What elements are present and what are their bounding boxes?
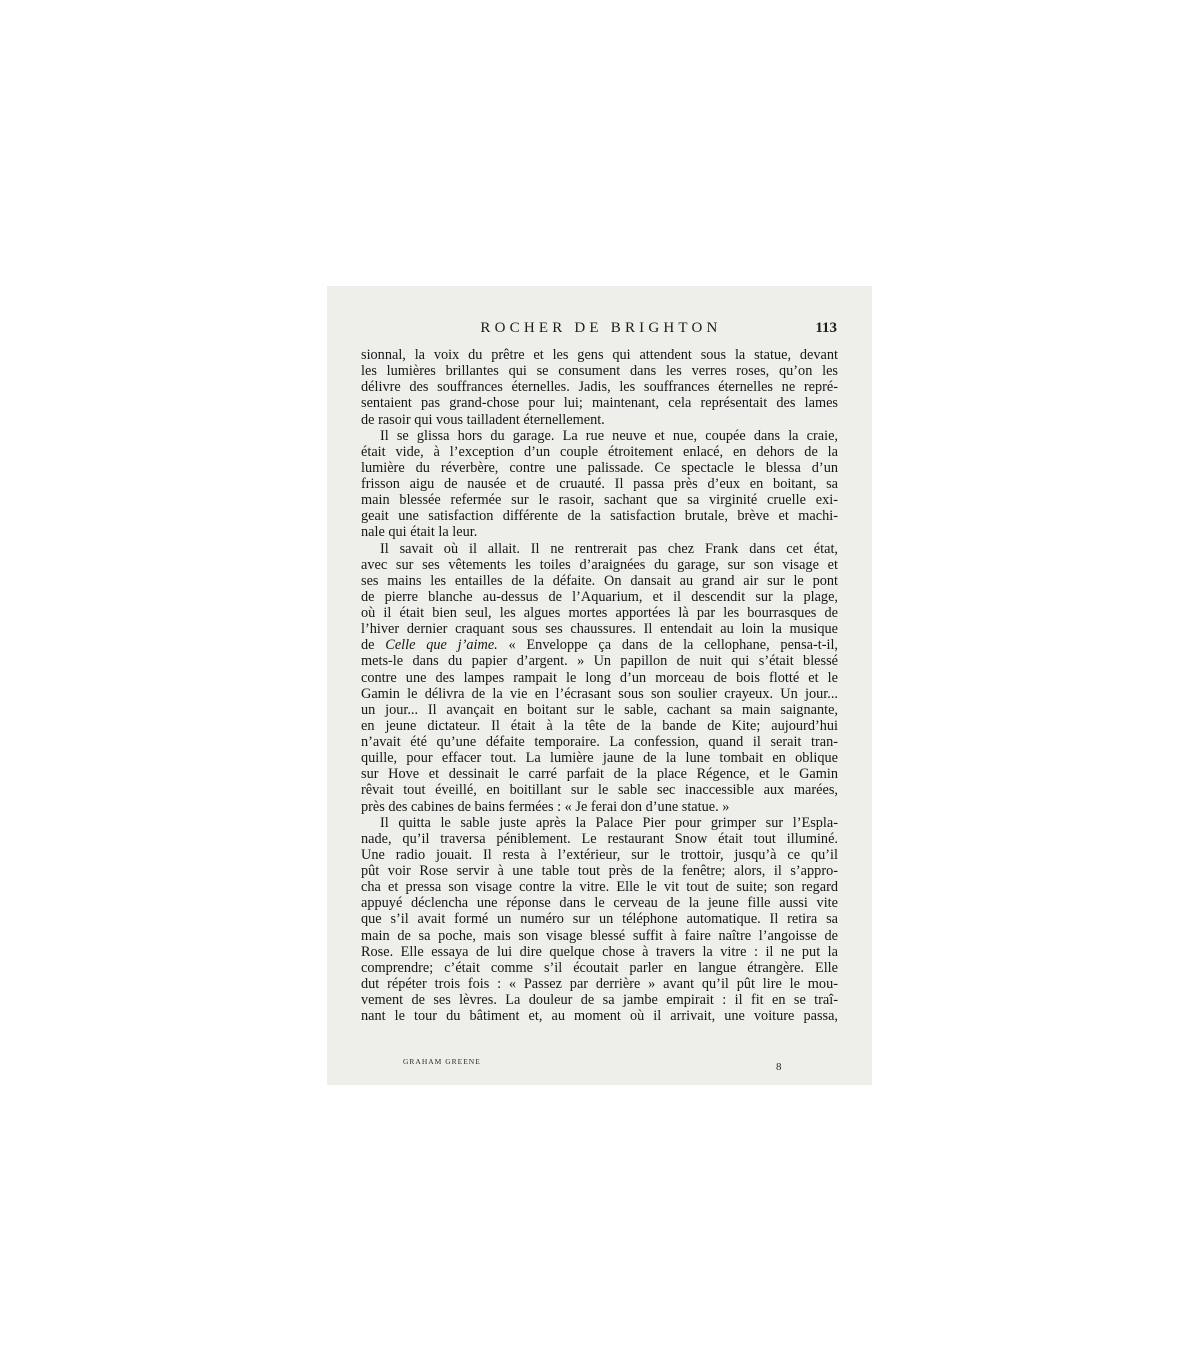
text-line: l’hiver dernier craquant sous ses chauss…: [361, 621, 838, 637]
text-line: de Celle que j’aime. « Enveloppe ça dans…: [361, 637, 838, 653]
text-line: un jour... Il avançait en boitant sur le…: [361, 702, 838, 718]
page-number: 113: [815, 320, 837, 337]
book-page: ROCHER DE BRIGHTON 113 sionnal, la voix …: [327, 286, 872, 1085]
paragraph: sionnal, la voix du prêtre et les gens q…: [361, 347, 838, 428]
text-line: de pierre blanche au-dessus de l’Aquariu…: [361, 589, 838, 605]
text-line: dut répéter trois fois : « Passez par de…: [361, 976, 838, 992]
text-line: comprendre; c’était comme s’il écoutait …: [361, 960, 838, 976]
paragraph: Il savait où il allait. Il ne rentrerait…: [361, 541, 838, 815]
text-line: où il était bien seul, les algues mortes…: [361, 605, 838, 621]
signature-mark: 8: [776, 1061, 782, 1073]
text-line: de rasoir qui vous tailladent éternellem…: [361, 412, 838, 428]
text-line: nale qui était la leur.: [361, 524, 838, 540]
text-line: sionnal, la voix du prêtre et les gens q…: [361, 347, 838, 363]
running-title: ROCHER DE BRIGHTON: [361, 320, 837, 337]
text-line: en jeune dictateur. Il était à la tête d…: [361, 718, 838, 734]
paragraph: Il se glissa hors du garage. La rue neuv…: [361, 428, 838, 541]
text-line: cha et pressa son visage contre la vitre…: [361, 879, 838, 895]
text-line: Une radio jouait. Il resta à l’extérieur…: [361, 847, 838, 863]
text-line: rêvait tout éveillé, en boitillant sur l…: [361, 782, 838, 798]
body-text: sionnal, la voix du prêtre et les gens q…: [361, 347, 838, 1024]
text-line: sur Hove et dessinait le carré parfait d…: [361, 766, 838, 782]
footer-author: GRAHAM GREENE: [403, 1057, 481, 1066]
text-line: pût voir Rose servir à une table tout pr…: [361, 863, 838, 879]
text-line: appuyé déclencha une réponse dans le cer…: [361, 895, 838, 911]
text-line: ses mains les entailles de la défaite. O…: [361, 573, 838, 589]
text-line: n’avait été qu’une défaite temporaire. L…: [361, 734, 838, 750]
text-line: sentaient pas grand-chose pour lui; main…: [361, 395, 838, 411]
text-line: main blessée refermée sur le rasoir, sac…: [361, 492, 838, 508]
text-line: Gamin le délivra de la vie en l’écrasant…: [361, 686, 838, 702]
text-line: contre une des lampes rampait le long d’…: [361, 670, 838, 686]
text-line: mets-le dans du papier d’argent. » Un pa…: [361, 653, 838, 669]
text-line: main de sa poche, mais son visage blessé…: [361, 928, 838, 944]
text-line: Rose. Elle essaya de lui dire quelque ch…: [361, 944, 838, 960]
text-line: que s’il avait formé un numéro sur un té…: [361, 911, 838, 927]
text-line: délivre des souffrances éternelles. Jadi…: [361, 379, 838, 395]
text-line: nade, qu’il traversa péniblement. Le res…: [361, 831, 838, 847]
italic-title: Celle que j’aime.: [385, 637, 497, 653]
text-line: Il savait où il allait. Il ne rentrerait…: [361, 541, 838, 557]
text-line: quille, pour effacer tout. La lumière ja…: [361, 750, 838, 766]
text-line: Il se glissa hors du garage. La rue neuv…: [361, 428, 838, 444]
text-line: nant le tour du bâtiment et, au moment o…: [361, 1008, 838, 1024]
text-line: avec sur ses vêtements les toiles d’arai…: [361, 557, 838, 573]
text-line: vement de ses lèvres. La douleur de sa j…: [361, 992, 838, 1008]
text-line: était vide, à l’exception d’un couple ét…: [361, 444, 838, 460]
text-line: près des cabines de bains fermées : « Je…: [361, 799, 838, 815]
text-line: lumière du réverbère, contre une palissa…: [361, 460, 838, 476]
text-line: frisson aigu de nausée et de cruauté. Il…: [361, 476, 838, 492]
text-line: Il quitta le sable juste après la Palace…: [361, 815, 838, 831]
running-head: ROCHER DE BRIGHTON 113: [361, 320, 837, 338]
text-line: les lumières brillantes qui se consument…: [361, 363, 838, 379]
paragraph: Il quitta le sable juste après la Palace…: [361, 815, 838, 1025]
text-line: geait une satisfaction différente de la …: [361, 508, 838, 524]
